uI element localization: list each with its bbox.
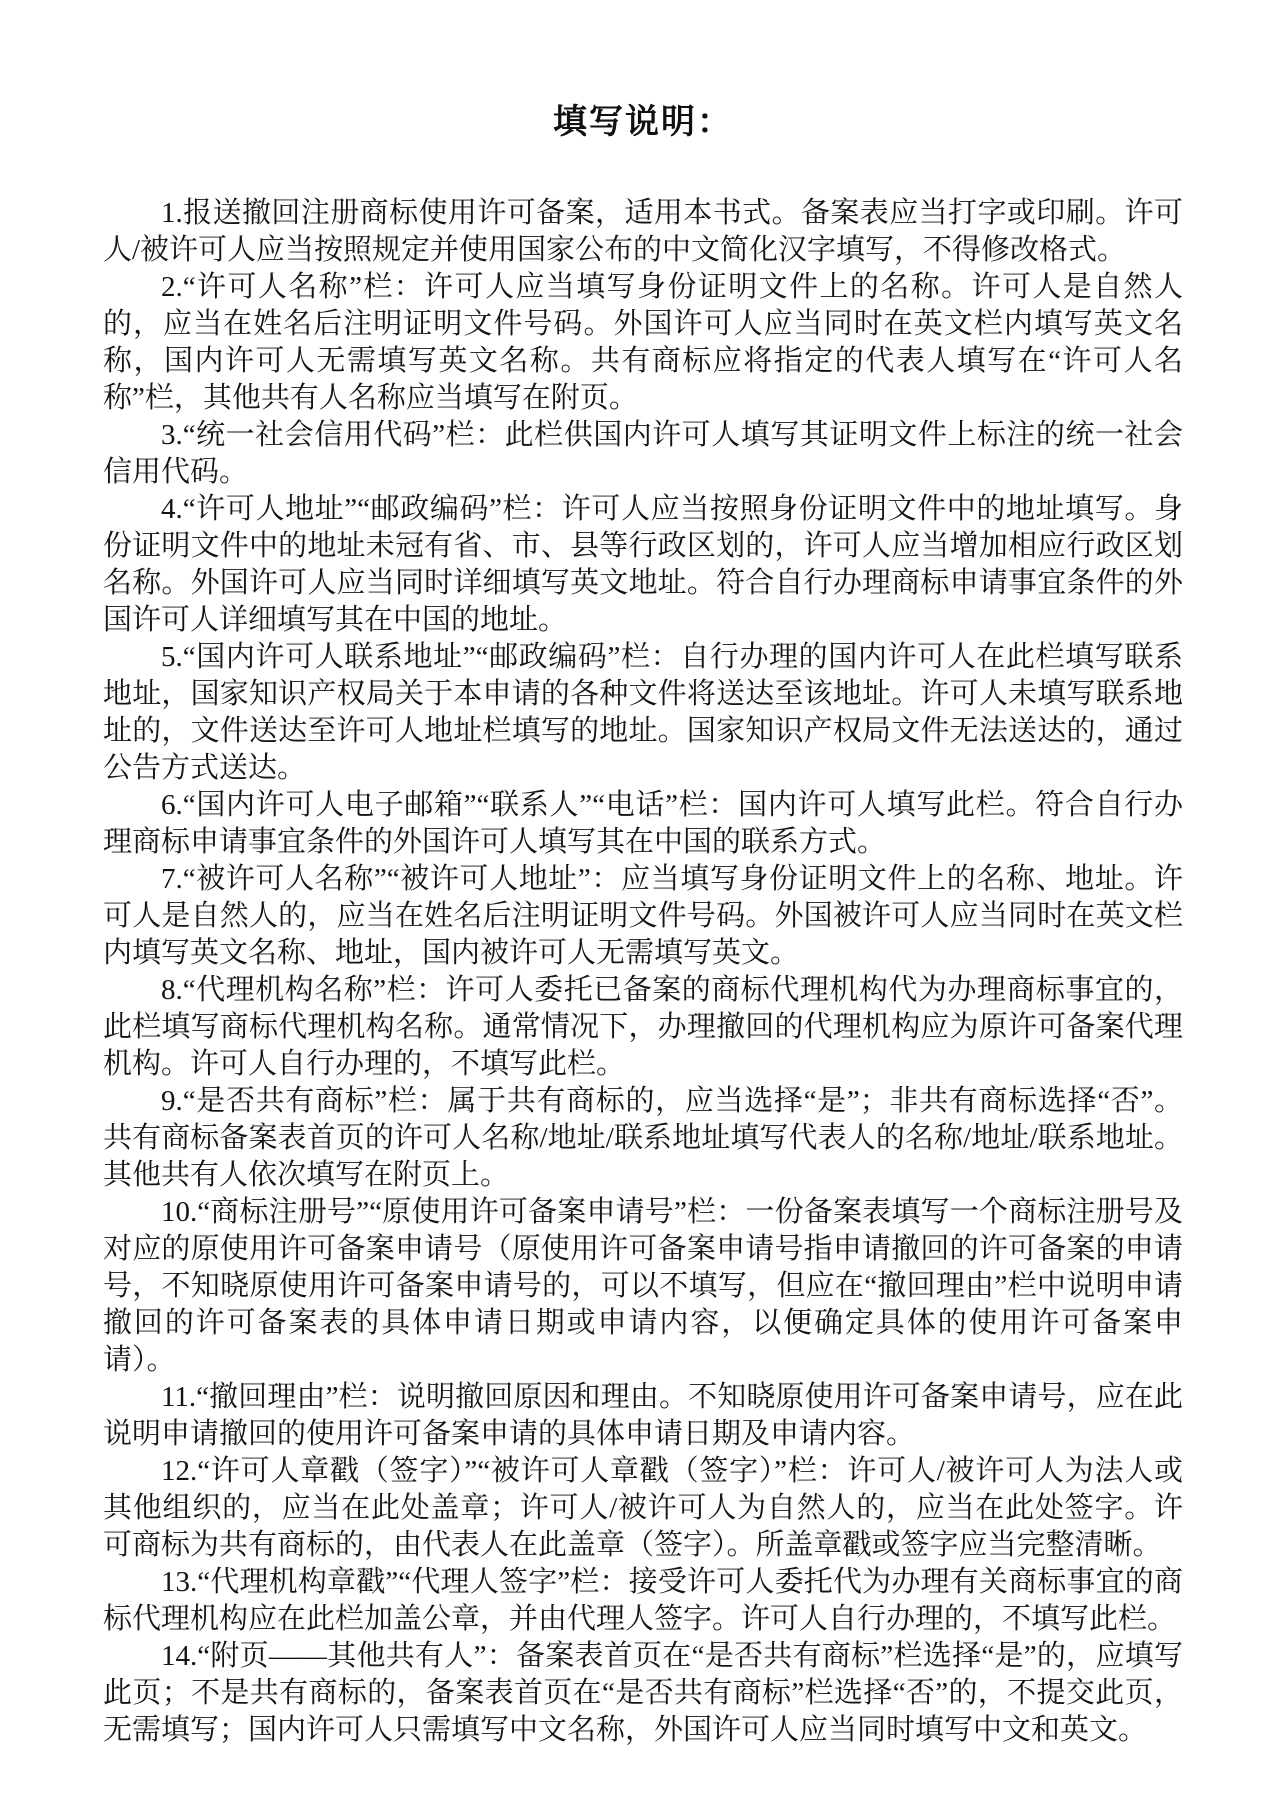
instructions-body: 1.报送撤回注册商标使用许可备案，适用本书式。备案表应当打字或印刷。许可人/被许… — [103, 195, 1183, 1749]
instruction-paragraph-2: 2.“许可人名称”栏：许可人应当填写身份证明文件上的名称。许可人是自然人的，应当… — [103, 269, 1183, 417]
page-title: 填写说明： — [103, 100, 1183, 146]
instruction-paragraph-13: 13.“代理机构章戳”“代理人签字”栏：接受许可人委托代为办理有关商标事宜的商标… — [103, 1564, 1183, 1638]
instruction-paragraph-8: 8.“代理机构名称”栏：许可人委托已备案的商标代理机构代为办理商标事宜的，此栏填… — [103, 972, 1183, 1083]
document-page: 填写说明： 1.报送撤回注册商标使用许可备案，适用本书式。备案表应当打字或印刷。… — [0, 0, 1280, 1810]
instruction-paragraph-12: 12.“许可人章戳（签字）”“被许可人章戳（签字）”栏：许可人/被许可人为法人或… — [103, 1453, 1183, 1564]
instruction-paragraph-10: 10.“商标注册号”“原使用许可备案申请号”栏：一份备案表填写一个商标注册号及对… — [103, 1194, 1183, 1379]
instruction-paragraph-4: 4.“许可人地址”“邮政编码”栏：许可人应当按照身份证明文件中的地址填写。身份证… — [103, 491, 1183, 639]
instruction-paragraph-11: 11.“撤回理由”栏：说明撤回原因和理由。不知晓原使用许可备案申请号，应在此说明… — [103, 1379, 1183, 1453]
instruction-paragraph-7: 7.“被许可人名称”“被许可人地址”：应当填写身份证明文件上的名称、地址。许可人… — [103, 861, 1183, 972]
instruction-paragraph-9: 9.“是否共有商标”栏：属于共有商标的，应当选择“是”；非共有商标选择“否”。共… — [103, 1083, 1183, 1194]
instruction-paragraph-1: 1.报送撤回注册商标使用许可备案，适用本书式。备案表应当打字或印刷。许可人/被许… — [103, 195, 1183, 269]
instruction-paragraph-3: 3.“统一社会信用代码”栏：此栏供国内许可人填写其证明文件上标注的统一社会信用代… — [103, 417, 1183, 491]
instruction-paragraph-14: 14.“附页——其他共有人”：备案表首页在“是否共有商标”栏选择“是”的，应填写… — [103, 1638, 1183, 1749]
instruction-paragraph-6: 6.“国内许可人电子邮箱”“联系人”“电话”栏：国内许可人填写此栏。符合自行办理… — [103, 787, 1183, 861]
instruction-paragraph-5: 5.“国内许可人联系地址”“邮政编码”栏：自行办理的国内许可人在此栏填写联系地址… — [103, 639, 1183, 787]
